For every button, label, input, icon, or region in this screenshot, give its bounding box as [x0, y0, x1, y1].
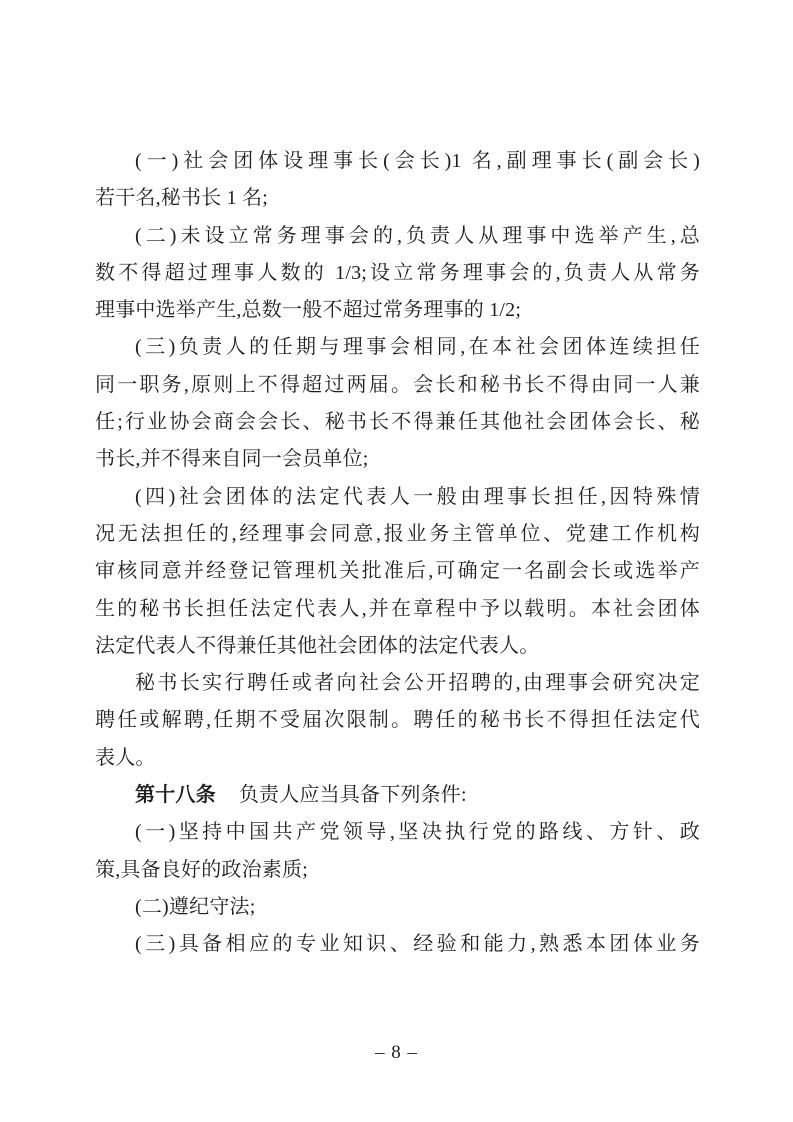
document-body: (一)社会团体设理事长(会长)1 名,副理事长(副会长) 若干名,秘书长 1 名… — [95, 143, 700, 964]
paragraph-clause: 第十八条负责人应当具备下列条件: — [95, 777, 700, 814]
paragraph: (四)社会团体的法定代表人一般由理事长担任,因特殊情 况无法担任的,经理事会同意… — [95, 479, 700, 665]
page-number: – 8 – — [0, 1042, 793, 1064]
paragraph: (一)坚持中国共产党领导,坚决执行党的路线、方针、政 策,具备良好的政治素质; — [95, 814, 700, 889]
paragraph: (二)遵纪守法; — [95, 889, 700, 926]
text-line: 若干名,秘书长 1 名; — [95, 180, 700, 217]
text-line: 聘任或解聘,任期不受届次限制。聘任的秘书长不得担任法定代 — [95, 702, 700, 739]
text-line: 数不得超过理事人数的 1/3;设立常务理事会的,负责人从常务 — [95, 255, 700, 292]
text-line: 表人。 — [95, 740, 700, 777]
paragraph: (二)未设立常务理事会的,负责人从理事中选举产生,总 数不得超过理事人数的 1/… — [95, 218, 700, 330]
text-line: (三)具备相应的专业知识、经验和能力,熟悉本团体业务 — [95, 926, 700, 963]
text-line: 秘书长实行聘任或者向社会公开招聘的,由理事会研究决定 — [95, 665, 700, 702]
text-line: 况无法担任的,经理事会同意,报业务主管单位、党建工作机构 — [95, 516, 700, 553]
text-line: (四)社会团体的法定代表人一般由理事长担任,因特殊情 — [95, 479, 700, 516]
text-line: (一)坚持中国共产党领导,坚决执行党的路线、方针、政 — [95, 814, 700, 851]
text-line: 生的秘书长担任法定代表人,并在章程中予以载明。本社会团体 — [95, 591, 700, 628]
text-line: (二)遵纪守法; — [95, 889, 700, 926]
text-line: (二)未设立常务理事会的,负责人从理事中选举产生,总 — [95, 218, 700, 255]
text-line: (一)社会团体设理事长(会长)1 名,副理事长(副会长) — [95, 143, 700, 180]
paragraph: (三)负责人的任期与理事会相同,在本社会团体连续担任 同一职务,原则上不得超过两… — [95, 329, 700, 478]
document-page: (一)社会团体设理事长(会长)1 名,副理事长(副会长) 若干名,秘书长 1 名… — [0, 0, 793, 1122]
clause-heading-line: 第十八条负责人应当具备下列条件: — [95, 777, 700, 814]
text-line: 书长,并不得来自同一会员单位; — [95, 441, 700, 478]
clause-text: 负责人应当具备下列条件: — [239, 784, 467, 806]
paragraph: (三)具备相应的专业知识、经验和能力,熟悉本团体业务 — [95, 926, 700, 963]
text-line: 理事中选举产生,总数一般不超过常务理事的 1/2; — [95, 292, 700, 329]
text-line: (三)负责人的任期与理事会相同,在本社会团体连续担任 — [95, 329, 700, 366]
text-line: 策,具备良好的政治素质; — [95, 852, 700, 889]
clause-number: 第十八条 — [135, 784, 216, 806]
paragraph: (一)社会团体设理事长(会长)1 名,副理事长(副会长) 若干名,秘书长 1 名… — [95, 143, 700, 218]
text-line: 同一职务,原则上不得超过两届。会长和秘书长不得由同一人兼 — [95, 367, 700, 404]
text-line: 法定代表人不得兼任其他社会团体的法定代表人。 — [95, 628, 700, 665]
paragraph: 秘书长实行聘任或者向社会公开招聘的,由理事会研究决定 聘任或解聘,任期不受届次限… — [95, 665, 700, 777]
text-line: 审核同意并经登记管理机关批准后,可确定一名副会长或选举产 — [95, 553, 700, 590]
text-line: 任;行业协会商会会长、秘书长不得兼任其他社会团体会长、秘 — [95, 404, 700, 441]
